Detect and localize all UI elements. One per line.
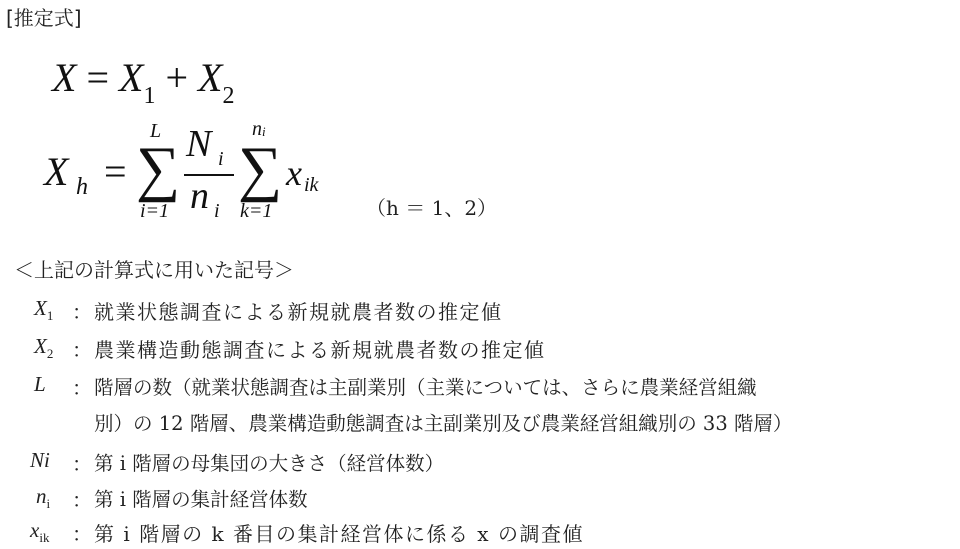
sigma-icon: ∑ [238,138,282,200]
formula-total: X=X1+X2 [52,48,234,114]
definition-row-continued: 別）の 12 階層、農業構造動態調査は主副業別及び農業経営組織別の 33 階層） [0,408,960,442]
definition-colon: ： [72,484,92,513]
definition-row: Ni ： 第 i 階層の母集団の大きさ（経営体数） [0,448,960,482]
definition-symbol: ni [36,484,50,512]
fraction-numerator-sub: i [218,148,224,171]
definition-text: 第 i 階層の集計経営体数 [94,484,308,512]
definition-row: ni ： 第 i 階層の集計経営体数 [0,484,960,518]
definition-row: X1 ： 就業状態調査による新規就農者数の推定値 [0,296,960,330]
definition-colon: ： [72,518,92,547]
definition-row: X2 ： 農業構造動態調査による新規就農者数の推定値 [0,334,960,368]
definition-text: 第 i 階層の k 番目の集計経営体に係る x の調査値 [94,518,584,547]
symbols-title: ＜上記の計算式に用いた記号＞ [14,254,294,283]
definition-colon: ： [72,448,92,477]
summand: x [286,152,302,194]
definition-colon: ： [72,372,92,401]
equals-sign: = [86,55,109,100]
definition-text: 就業状態調査による新規就農者数の推定値 [94,296,503,325]
summand-sub: ik [304,174,318,197]
sigma-icon: ∑ [136,138,180,200]
definition-symbol: L [34,372,46,397]
definition-row: xik ： 第 i 階層の k 番目の集計経営体に係る x の調査値 [0,518,960,549]
formula-term2-sub: 2 [222,83,234,109]
fraction-denominator: n [190,174,209,218]
sum2-lower: k=1 [240,200,272,223]
definition-colon: ： [72,334,92,363]
definition-text: 農業構造動態調査による新規就農者数の推定値 [94,334,546,363]
definition-text-continued: 別）の 12 階層、農業構造動態調査は主副業別及び農業経営組織別の 33 階層） [94,408,792,436]
definition-symbol: X1 [34,296,53,324]
definition-row: L ： 階層の数（就業状態調査は主副業別（主業については、さらに農業経営組織 [0,372,960,406]
plus-sign: + [165,55,188,100]
fraction-numerator: N [186,122,211,166]
section-title: [推定式] [6,2,82,31]
formula-term2: X [198,55,222,100]
formula-lhs: X [52,55,76,100]
formula2-lhs-sub: h [76,174,88,201]
sum1-lower: i=1 [140,200,169,223]
fraction-denominator-sub: i [214,200,220,223]
definition-symbol: xik [30,518,49,546]
definition-symbol: Ni [30,448,50,473]
formula-note: （h ＝ 1、2） [366,192,497,221]
definition-colon: ： [72,296,92,325]
definition-text: 第 i 階層の母集団の大きさ（経営体数） [94,448,444,476]
equals-sign: = [104,148,127,195]
formula-term1-sub: 1 [143,83,155,109]
formula-stratum: X h = L ∑ i=1 N i n i n i ∑ k=1 x ik [40,118,340,228]
definition-text: 階層の数（就業状態調査は主副業別（主業については、さらに農業経営組織 [94,372,757,400]
formula2-lhs: X [44,148,68,195]
formula-term1: X [119,55,143,100]
definition-symbol: X2 [34,334,53,362]
